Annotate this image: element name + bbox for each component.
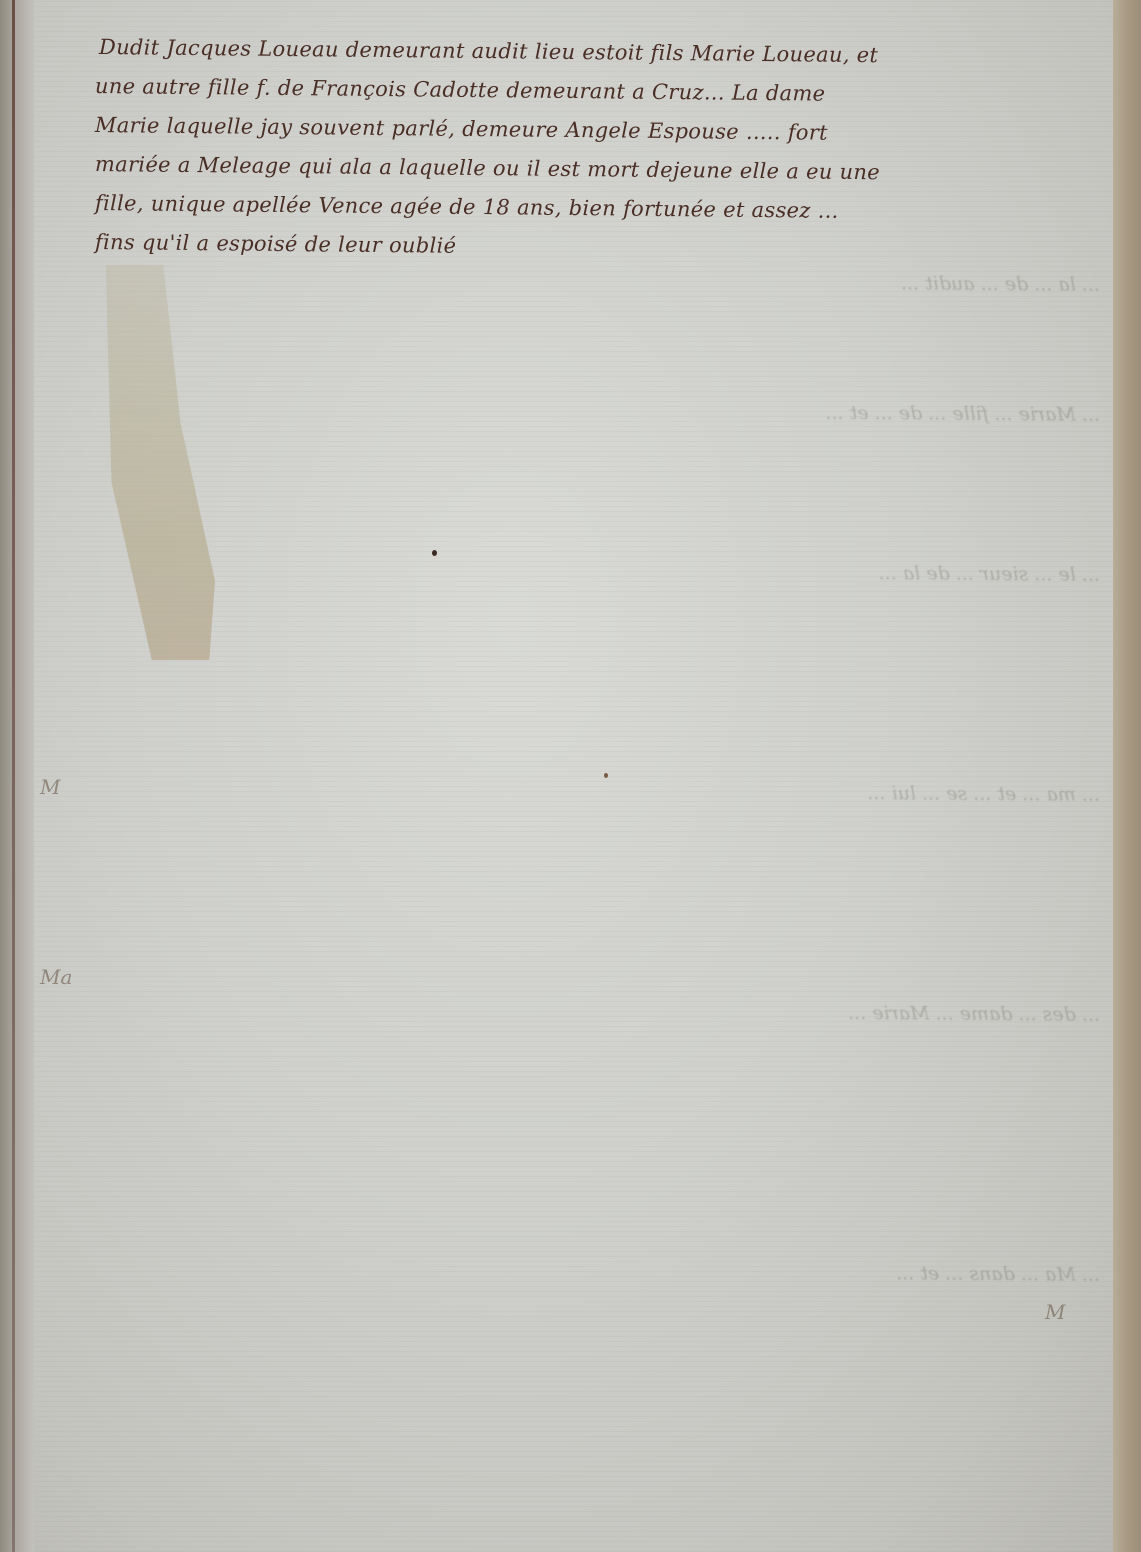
binding-thread [12, 0, 15, 1552]
margin-mark: M [1045, 1300, 1065, 1324]
margin-mark: Ma [40, 965, 72, 989]
bleed-through-line: ... ma ... et ... se ... lui ... [40, 776, 1100, 805]
manuscript-page: ... la ... de ... audit ... ... Marie ..… [0, 0, 1141, 1552]
ink-blot [604, 773, 608, 778]
binding-edge-left [0, 0, 34, 1552]
bleed-through-line: ... Ma ... dans ... et ... [40, 1256, 1100, 1285]
handwritten-text: Dudit Jacques Loueau demeurant audit lie… [95, 28, 1125, 262]
bleed-through-line: ... Marie ... fille ... de ... et ... [40, 396, 1100, 425]
bleed-through-line: ... des ... dame ... Marie ... [40, 996, 1100, 1025]
water-stain [100, 265, 215, 660]
ink-blot [432, 550, 437, 556]
margin-mark: M [40, 775, 60, 799]
